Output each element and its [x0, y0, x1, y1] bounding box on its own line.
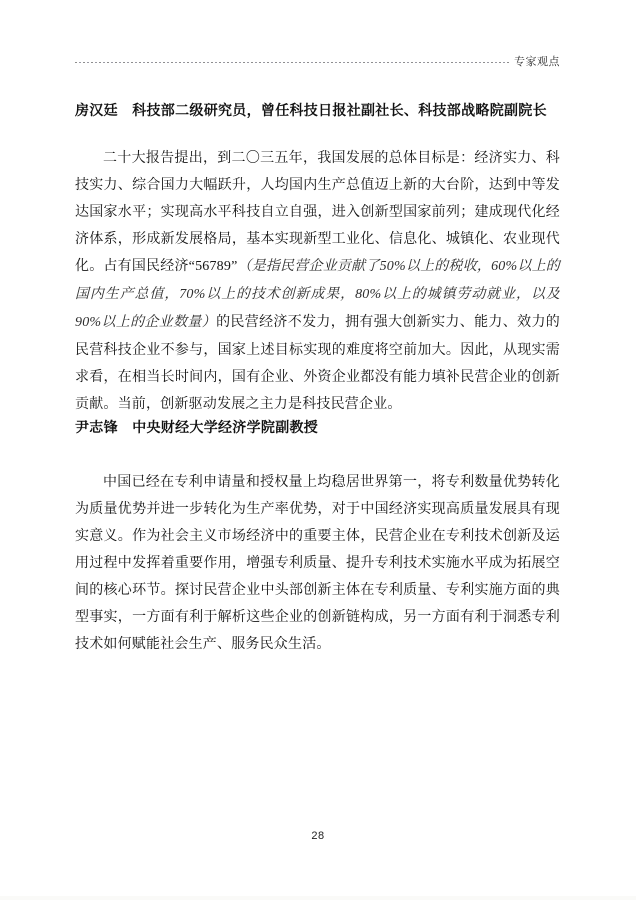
paragraph-fang-hanting: 二十大报告提出，到二〇三五年，我国发展的总体目标是：经济实力、科技实力、综合国力…	[75, 144, 560, 417]
author-heading-yin-zhifeng: 尹志锋 中央财经大学经济学院副教授	[75, 417, 560, 437]
author-heading-fang-hanting: 房汉廷 科技部二级研究员，曾任科技日报社副社长、科技部战略院副院长	[75, 100, 560, 120]
paragraph-yin-zhifeng: 中国已经在专利申请量和授权量上均稳居世界第一，将专利数量优势转化为质量优势并进一…	[75, 468, 560, 657]
page-bottom-edge	[0, 896, 636, 900]
header-dotted-rule	[75, 61, 509, 63]
page-number: 28	[311, 830, 324, 842]
paragraph-text-segment: 二十大报告提出，到二〇三五年，我国发展的总体目标是：经济实力、科技实力、综合国力…	[75, 149, 560, 273]
header-section-label: 专家观点	[514, 55, 560, 69]
paragraph-text-segment: 中国已经在专利申请量和授权量上均稳居世界第一，将专利数量优势转化为质量优势并进一…	[75, 473, 560, 651]
page-header: 专家观点	[75, 55, 560, 69]
page-footer: 28	[0, 826, 636, 844]
document-page: 专家观点 房汉廷 科技部二级研究员，曾任科技日报社副社长、科技部战略院副院长 二…	[0, 0, 636, 900]
quoted-number-segment: “56789”	[189, 259, 238, 274]
